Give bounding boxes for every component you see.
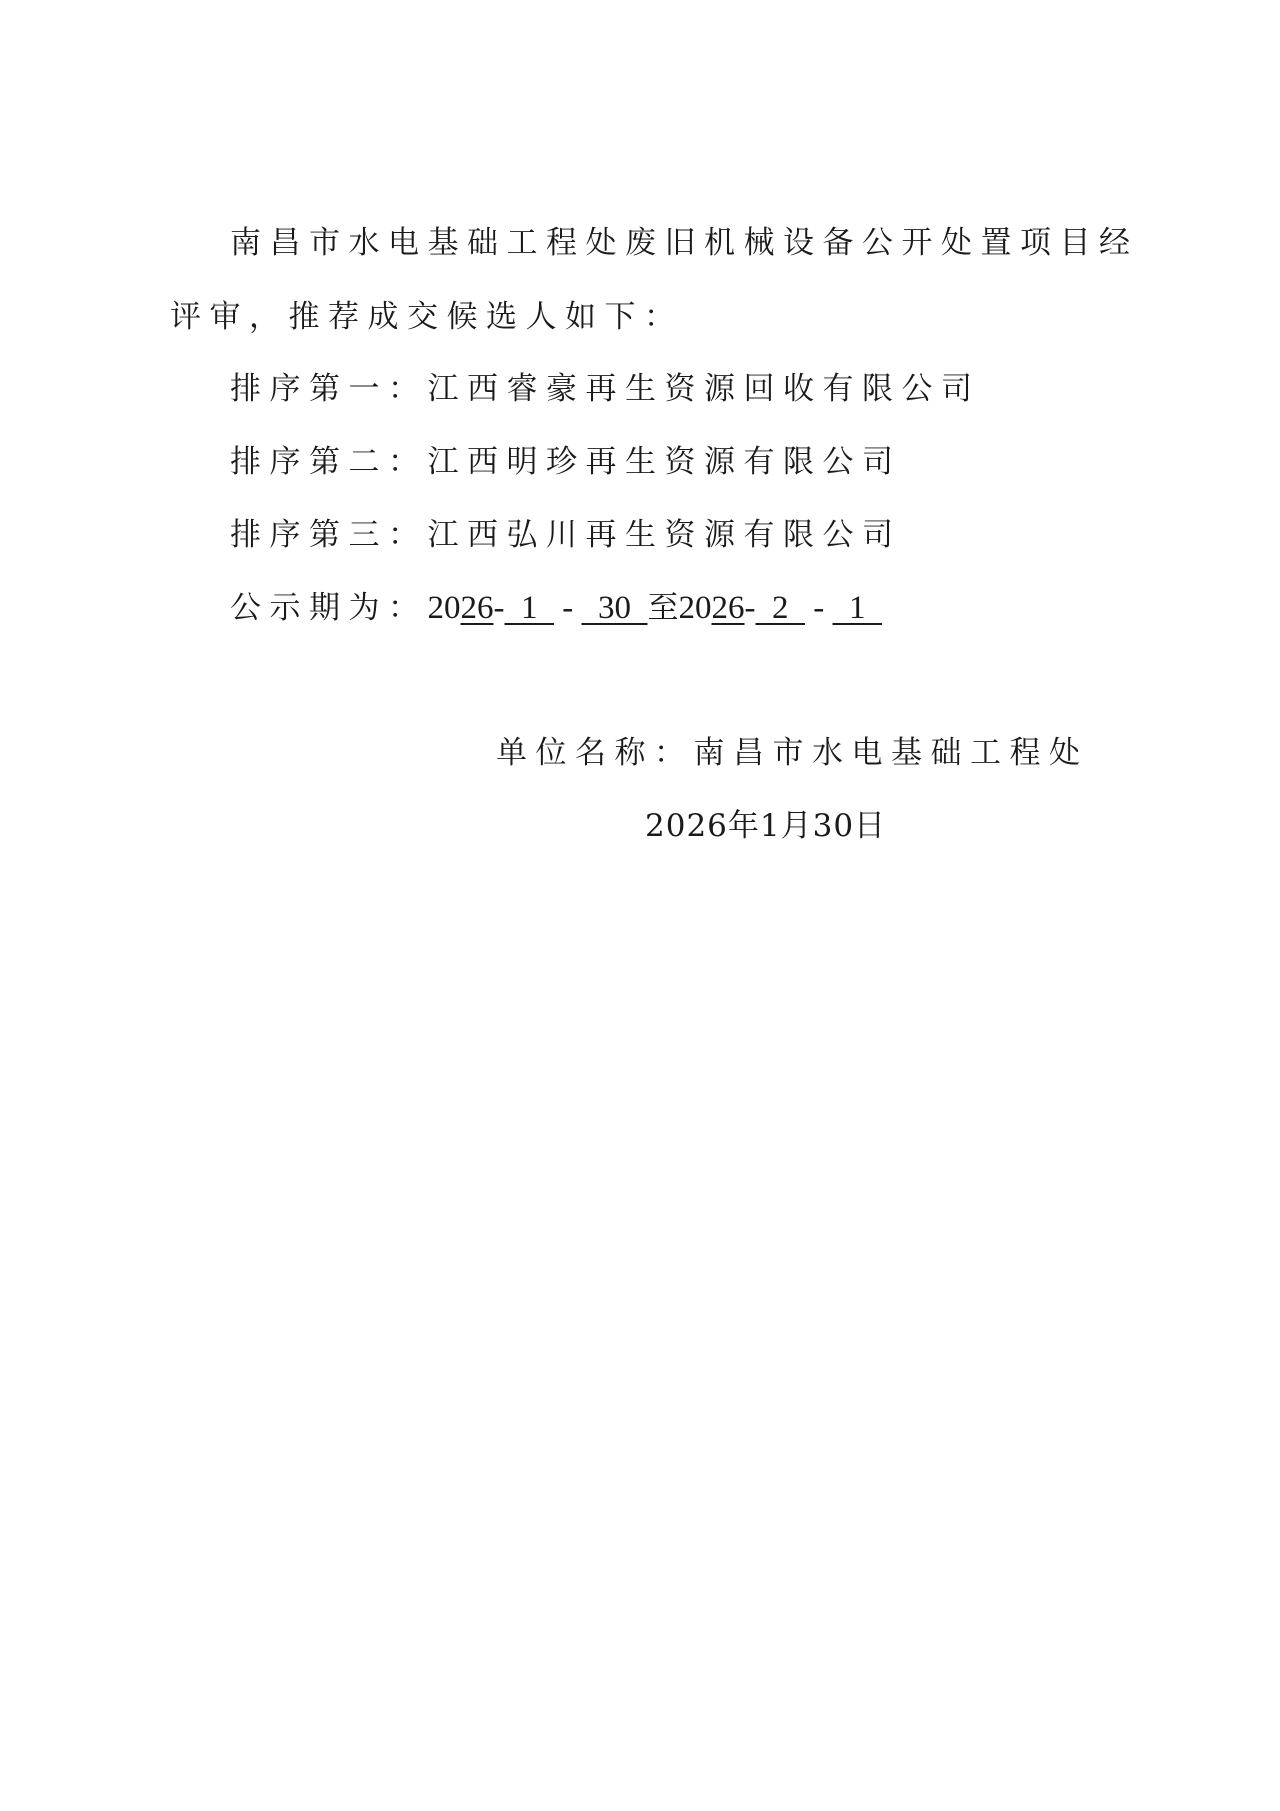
dash: - bbox=[494, 590, 505, 626]
dash: - bbox=[745, 590, 756, 626]
intro-line-1: 南昌市水电基础工程处废旧机械设备公开处置项目经 bbox=[230, 223, 1139, 263]
signature-date: 2026年1月30日 bbox=[645, 806, 886, 846]
publicity-period: 公示期为：2026- 1 - 30 至2026- 2 - 1 bbox=[230, 588, 882, 628]
start-month: 1 bbox=[505, 590, 555, 626]
candidate-rank-3: 排序第三：江西弘川再生资源有限公司 bbox=[230, 515, 902, 555]
rank-label: 排序第一： bbox=[230, 371, 428, 407]
rank-label: 排序第三： bbox=[230, 517, 428, 553]
signature-unit: 单位名称：南昌市水电基础工程处 bbox=[496, 733, 1089, 773]
publicity-label: 公示期为： bbox=[230, 590, 428, 626]
start-year-prefix: 20 bbox=[428, 590, 461, 626]
start-year-suffix: 26 bbox=[461, 590, 494, 626]
intro-line-2: 评审，推荐成交候选人如下： bbox=[170, 297, 684, 337]
candidate-rank-2: 排序第二：江西明珍再生资源有限公司 bbox=[230, 442, 902, 482]
unit-label: 单位名称： bbox=[496, 735, 694, 771]
rank-label: 排序第二： bbox=[230, 444, 428, 480]
end-year-suffix: 26 bbox=[712, 590, 745, 626]
company-name: 江西明珍再生资源有限公司 bbox=[428, 444, 902, 480]
end-month: 2 bbox=[756, 590, 806, 626]
unit-name: 南昌市水电基础工程处 bbox=[694, 735, 1089, 771]
candidate-rank-1: 排序第一：江西睿豪再生资源回收有限公司 bbox=[230, 369, 981, 409]
to-label: 至 bbox=[648, 590, 679, 626]
company-name: 江西睿豪再生资源回收有限公司 bbox=[428, 371, 981, 407]
end-day: 1 bbox=[833, 590, 883, 626]
document-page: 南昌市水电基础工程处废旧机械设备公开处置项目经 评审，推荐成交候选人如下： 排序… bbox=[0, 0, 1280, 1811]
end-year-prefix: 20 bbox=[679, 590, 712, 626]
start-day: 30 bbox=[582, 590, 648, 626]
company-name: 江西弘川再生资源有限公司 bbox=[428, 517, 902, 553]
